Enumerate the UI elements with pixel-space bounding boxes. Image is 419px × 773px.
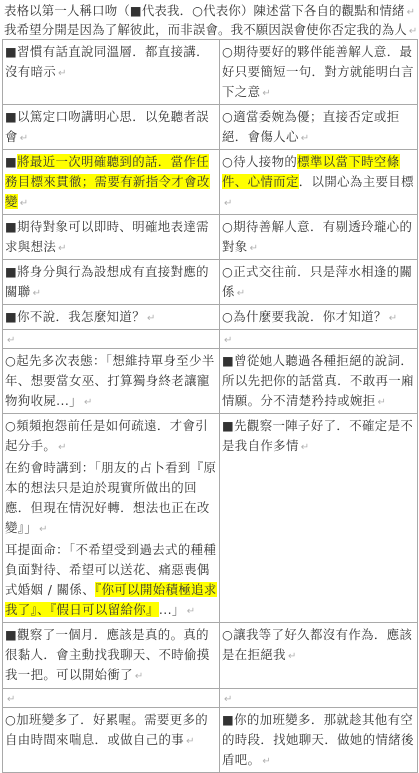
paragraph-mark-icon: ↵ [84, 397, 93, 408]
my-view-cell: ■以篤定口吻講明心思．以免聽者誤會↵ [3, 105, 220, 150]
paragraph-mark-icon: ↵ [20, 198, 29, 209]
paragraph-mark-icon: ↵ [250, 243, 259, 254]
my-view-cell: ↵ [3, 330, 220, 349]
cell-text: ○為什麼要我說．你才知道？ [222, 309, 387, 324]
table-row: ■將最近一次明確聽到的話．當作任務目標來貫徹；需要有新指令才會改變↵○待人接物的… [3, 150, 418, 215]
my-view-cell: ■期待對象可以即時、明確地表達需求與想法↵ [3, 215, 220, 260]
paragraph-mark-icon: ↵ [378, 397, 387, 408]
comparison-table: ■習慣有話直說同溫層．都直接講．沒有暗示↵○期待要好的夥伴能善解人意．最好只要簡… [2, 39, 418, 640]
paragraph-mark-icon: ↵ [147, 313, 156, 324]
cell-text: ○待人接物的 [222, 154, 297, 169]
paragraph-mark-icon: ↵ [224, 335, 233, 346]
table-row: ■以篤定口吻講明心思．以免聽者誤會↵○適當委婉為優；直接否定或拒絕．會傷人心↵ [3, 105, 418, 150]
your-view-cell: ○期待善解人意．有剔透玲瓏心的對象↵ [220, 215, 418, 260]
paragraph-mark-icon: ↵ [58, 68, 67, 79]
my-view-cell: ○頻頻抱怨前任是如何疏遠．才會引起分手。↵在約會時講到：「朋友的占卜看到『原本的… [3, 414, 220, 623]
your-view-cell: ■先觀察一陣子好了．不確定是不是我自作多情↵ [220, 414, 418, 623]
paragraph-mark-icon: ↵ [262, 88, 271, 99]
table-row: ■期待對象可以即時、明確地表達需求與想法↵○期待善解人意．有剔透玲瓏心的對象↵ [3, 215, 418, 260]
cell-text: ■習慣有話直說同溫層．都直接講．沒有暗示 [5, 44, 209, 79]
paragraph-mark-icon: ↵ [33, 288, 42, 299]
cell-text: ■ [5, 154, 17, 169]
your-view-cell: ↵ [220, 330, 418, 349]
table-row: ■你不說．我怎麼知道？↵○為什麼要我說．你才知道？↵ [3, 305, 418, 330]
highlighted-text: 將最近一次明確聽到的話．當作任務目標來貫徹；需要有新指令才會改變 [5, 154, 210, 209]
paragraph-mark-icon: ↵ [20, 133, 29, 144]
cell-text: ○起先多次表態：「想維持單身至少半年、想要當女巫、打算獨身終老讓寵物狗收屍...… [5, 353, 215, 408]
cell-text: ○期待要好的夥伴能善解人意．最好只要簡短一句．對方就能明白言下之意 [222, 44, 414, 99]
my-view-cell: ■你不說．我怎麼知道？↵ [3, 305, 220, 330]
paragraph-mark-icon: ↵ [407, 7, 416, 18]
table-row: ○頻頻抱怨前任是如何疏遠．才會引起分手。↵在約會時講到：「朋友的占卜看到『原本的… [3, 414, 418, 623]
my-view-cell: ○起先多次表態：「想維持單身至少半年、想要當女巫、打算獨身終老讓寵物狗收屍...… [3, 349, 220, 414]
cell-text: ■觀察了一個月．應該是真的。真的很黏人．會主動找我聊天、不時偷摸我一把。可以開始… [5, 627, 210, 640]
cell-text: ○正式交往前．只是萍水相逢的關係 [222, 264, 412, 299]
cell-text: ■先觀察一陣子好了．不確定是不是我自作多情 [222, 418, 413, 453]
your-view-cell: ○讓我等了好久都沒有作為．應該是在拒絕我↵ [220, 623, 418, 641]
cell-text: ．以開心為主要目標 [299, 174, 414, 189]
cell-text: ...」 [159, 602, 185, 617]
cell-text: ■期待對象可以即時、明確地表達需求與想法 [5, 219, 209, 254]
my-view-cell: ■將身分與行為設想成有直接對應的關聯↵ [3, 260, 220, 305]
paragraph-mark-icon: ↵ [58, 243, 67, 254]
my-view-cell: ■習慣有話直說同溫層．都直接講．沒有暗示↵ [3, 40, 220, 105]
intro: 表格以第一人稱口吻（■代表我．○代表你）陳述當下各自的觀點和情緒↵ 我希望分開是… [0, 0, 419, 39]
your-view-cell: ○待人接物的標準以當下時空條件、心情而定．以開心為主要目標↵ [220, 150, 418, 215]
paragraph-mark-icon: ↵ [7, 335, 16, 346]
table-row: ■觀察了一個月．應該是真的。真的很黏人．會主動找我聊天、不時偷摸我一把。可以開始… [3, 623, 418, 641]
paragraph-mark-icon: ↵ [187, 606, 196, 617]
intro-line-1: 表格以第一人稱口吻（■代表我．○代表你）陳述當下各自的觀點和情緒↵ [4, 1, 415, 20]
paragraph-mark-icon: ↵ [301, 133, 310, 144]
paragraph-mark-icon: ↵ [58, 442, 67, 453]
my-view-cell: ■觀察了一個月．應該是真的。真的很黏人．會主動找我聊天、不時偷摸我一把。可以開始… [3, 623, 220, 641]
cell-text: ○頻頻抱怨前任是如何疏遠．才會引起分手。 [5, 418, 208, 453]
cell-text: ○讓我等了好久都沒有作為．應該是在拒絕我 [222, 627, 412, 640]
table-row: ■將身分與行為設想成有直接對應的關聯↵○正式交往前．只是萍水相逢的關係↵ [3, 260, 418, 305]
paragraph-mark-icon: ↵ [224, 198, 233, 209]
your-view-cell: ○適當委婉為優；直接否定或拒絕．會傷人心↵ [220, 105, 418, 150]
your-view-cell: ○期待要好的夥伴能善解人意．最好只要簡短一句．對方就能明白言下之意↵ [220, 40, 418, 105]
paragraph-mark-icon: ↵ [237, 288, 246, 299]
paragraph-mark-icon: ↵ [39, 524, 48, 535]
paragraph-mark-icon: ↵ [389, 313, 398, 324]
paragraph-mark-icon: ↵ [409, 26, 418, 37]
table-row: ■習慣有話直說同溫層．都直接講．沒有暗示↵○期待要好的夥伴能善解人意．最好只要簡… [3, 40, 418, 105]
cell-text: ○適當委婉為優；直接否定或拒絕．會傷人心 [222, 109, 400, 144]
your-view-cell: ○為什麼要我說．你才知道？↵ [220, 305, 418, 330]
cell-text: ■以篤定口吻講明心思．以免聽者誤會 [5, 109, 209, 144]
my-view-cell: ■將最近一次明確聽到的話．當作任務目標來貫徹；需要有新指令才會改變↵ [3, 150, 220, 215]
table-row: ○起先多次表態：「想維持單身至少半年、想要當女巫、打算獨身終老讓寵物狗收屍...… [3, 349, 418, 414]
paragraph-mark-icon: ↵ [301, 442, 310, 453]
empty-row: ↵↵ [3, 330, 418, 349]
cell-text: ■你不說．我怎麼知道？ [5, 309, 145, 324]
intro-line-2: 我希望分開是因為了解彼此，而非誤會。我不願因誤會使你否定我的為人↵ [4, 20, 415, 39]
your-view-cell: ○正式交往前．只是萍水相逢的關係↵ [220, 260, 418, 305]
comparison-table-body: ■習慣有話直說同溫層．都直接講．沒有暗示↵○期待要好的夥伴能善解人意．最好只要簡… [3, 40, 418, 641]
your-view-cell: ■曾從她人聽過各種拒絕的說詞．所以先把你的話當真．不敢再一廂情願。分不清楚矜持或… [220, 349, 418, 414]
cell-text: 在約會時講到：「朋友的占卜看到『原本的想法只是迫於現實所做出的回應．但現在情況好… [5, 460, 216, 535]
